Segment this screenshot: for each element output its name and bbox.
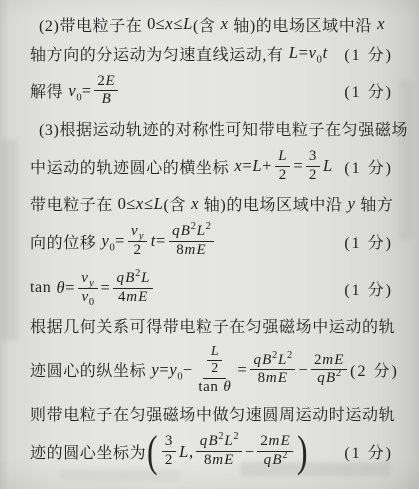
text-run: 轴方向的分运动为匀速直线运动,有 xyxy=(30,42,288,65)
text-run: 解得 xyxy=(30,79,68,102)
doc-line: 迹圆心的纵坐标 y=y0−L2tan θ=qB2L28mE−2mEqB2(2 分… xyxy=(30,340,395,399)
document-body: (2)带电粒子在 0≤x≤L(含 x 轴)的电场区域中沿 x轴方向的分运动为匀速… xyxy=(0,0,419,489)
math-expr: v0 xyxy=(81,289,94,307)
text-run: 迹圆心的纵坐标 xyxy=(30,358,151,381)
fraction: L2 xyxy=(275,148,291,184)
math-expr: θ xyxy=(223,379,232,397)
math-expr: y0= xyxy=(101,231,125,251)
math-expr: qB2 xyxy=(263,452,288,470)
text-run: 向的位移 xyxy=(30,230,101,253)
math-expr: 4mE xyxy=(118,289,148,307)
math-expr: L xyxy=(278,148,288,166)
math-expr: 8mE xyxy=(258,370,288,388)
doc-line: 根据几何关系可得带电粒子在匀强磁场中运动的轨 xyxy=(30,311,395,340)
doc-line: 带电粒子在 0≤x≤L(含 x 轴)的电场区域中沿 y 轴方 xyxy=(30,189,395,218)
math-expr: t= xyxy=(150,231,165,251)
doc-line: 向的位移 y0=vy2t=qB2L28mE(1 分) xyxy=(30,218,395,265)
text-run: 根据几何关系可得带电粒子在匀强磁场中运动的轨 xyxy=(30,314,395,337)
score-label: (1 分) xyxy=(344,42,395,65)
fraction: 32 xyxy=(162,433,176,469)
math-expr: = xyxy=(101,278,111,298)
score-label: (1 分) xyxy=(344,440,395,463)
text-run: tan xyxy=(30,279,56,297)
text-run: (2)带电粒子在 xyxy=(39,13,147,36)
math-expr: 3 xyxy=(309,148,317,166)
text-run: tan xyxy=(198,379,222,397)
math-expr: x xyxy=(220,14,229,34)
math-expr: qB2 xyxy=(317,370,342,388)
math-expr: L xyxy=(210,344,219,361)
math-expr: 0≤x≤L xyxy=(118,194,164,214)
math-expr: = xyxy=(293,156,303,176)
doc-line: tan θ=vyv0=qB2L4mE(1 分) xyxy=(30,265,395,312)
scanned-document-page: (2)带电粒子在 0≤x≤L(含 x 轴)的电场区域中沿 x轴方向的分运动为匀速… xyxy=(0,0,419,489)
big-paren: ( xyxy=(147,433,158,470)
math-expr: 0≤x≤L xyxy=(147,14,193,34)
math-expr: x=L+ xyxy=(234,156,272,176)
math-expr: qB2L2 xyxy=(199,433,239,451)
math-expr: 2 xyxy=(279,167,287,185)
text-run: 轴)的电场区域中沿 xyxy=(199,192,347,215)
doc-line: 则带电粒子在匀强磁场中做匀速圆周运动时运动轨 xyxy=(30,400,395,429)
score-label: (1 分) xyxy=(344,79,395,102)
math-expr: 2mE xyxy=(260,433,290,451)
fraction: qB2L4mE xyxy=(113,270,153,306)
text-run: 带电粒子在 xyxy=(30,192,118,215)
math-expr: L=v0t xyxy=(288,43,328,63)
text-run: (3)根据运动轨迹的对称性可知带电粒子在匀强磁场 xyxy=(39,117,408,140)
math-expr: y=y0− xyxy=(151,360,193,380)
fraction: 2mEqB2 xyxy=(311,352,347,388)
math-expr: 3 xyxy=(165,433,173,451)
score-label: (1 分) xyxy=(344,277,395,300)
math-expr: 8mE xyxy=(176,242,206,260)
big-paren: ) xyxy=(298,433,309,470)
text-run: (含 xyxy=(164,192,191,215)
fraction: vy2 xyxy=(128,223,148,259)
math-expr: − xyxy=(298,360,308,380)
math-expr: 8mE xyxy=(204,452,234,470)
fraction: qB2L28mE xyxy=(250,352,296,388)
score-label: (1 分) xyxy=(344,155,395,178)
text-run: 中运动的轨迹圆心的横坐标 xyxy=(30,155,234,178)
doc-line: (3)根据运动轨迹的对称性可知带电粒子在匀强磁场 xyxy=(30,114,395,143)
text-run: 迹的圆心坐标为 xyxy=(30,440,146,463)
math-expr: 2 xyxy=(309,167,317,185)
text-run: (含 xyxy=(193,13,220,36)
fraction: 2mEqB2 xyxy=(257,433,293,469)
score-label: (2 分) xyxy=(350,358,401,381)
doc-line: 中运动的轨迹圆心的横坐标 x=L+L2=32L(1 分) xyxy=(30,143,395,190)
math-expr: y xyxy=(347,194,356,214)
text-run: 轴方 xyxy=(356,192,394,215)
fraction: qB2L28mE xyxy=(196,433,242,469)
math-expr: = xyxy=(237,360,247,380)
doc-line: 解得 v0=2EB(1 分) xyxy=(30,68,395,115)
doc-line: (2)带电粒子在 0≤x≤L(含 x 轴)的电场区域中沿 x xyxy=(30,10,395,39)
math-expr: 2 xyxy=(134,242,142,260)
math-expr: θ= xyxy=(56,278,75,298)
fraction: 32 xyxy=(306,148,320,184)
math-expr: − xyxy=(245,442,255,462)
math-expr: v0= xyxy=(68,81,92,101)
math-expr: 2 xyxy=(165,452,173,470)
math-expr: 2mE xyxy=(314,352,344,370)
math-expr: vy xyxy=(81,270,95,288)
fraction: qB2L28mE xyxy=(169,223,215,259)
math-expr: x xyxy=(191,194,200,214)
math-expr: L xyxy=(323,156,333,176)
fraction: L2 xyxy=(207,344,222,378)
fraction: L2tan θ xyxy=(195,344,234,397)
fraction: vyv0 xyxy=(78,270,98,306)
doc-line: 迹的圆心坐标为(32L,qB2L28mE−2mEqB2)(1 分) xyxy=(30,428,395,475)
math-expr: 2 xyxy=(211,361,218,378)
fraction: 2EB xyxy=(94,73,118,109)
math-expr: 2E xyxy=(97,73,115,91)
text-run: 轴)的电场区域中沿 xyxy=(229,13,377,36)
math-expr: L, xyxy=(179,442,194,462)
math-expr: x xyxy=(377,14,386,34)
text-run: 则带电粒子在匀强磁场中做匀速圆周运动时运动轨 xyxy=(30,402,395,425)
math-expr: qB2L2 xyxy=(253,352,293,370)
math-expr: B xyxy=(101,91,111,109)
score-label: (1 分) xyxy=(344,230,395,253)
math-expr: qB2L xyxy=(116,270,150,288)
doc-line: 轴方向的分运动为匀速直线运动,有 L=v0t(1 分) xyxy=(30,39,395,68)
math-expr: qB2L2 xyxy=(172,223,212,241)
math-expr: vy xyxy=(131,223,145,241)
